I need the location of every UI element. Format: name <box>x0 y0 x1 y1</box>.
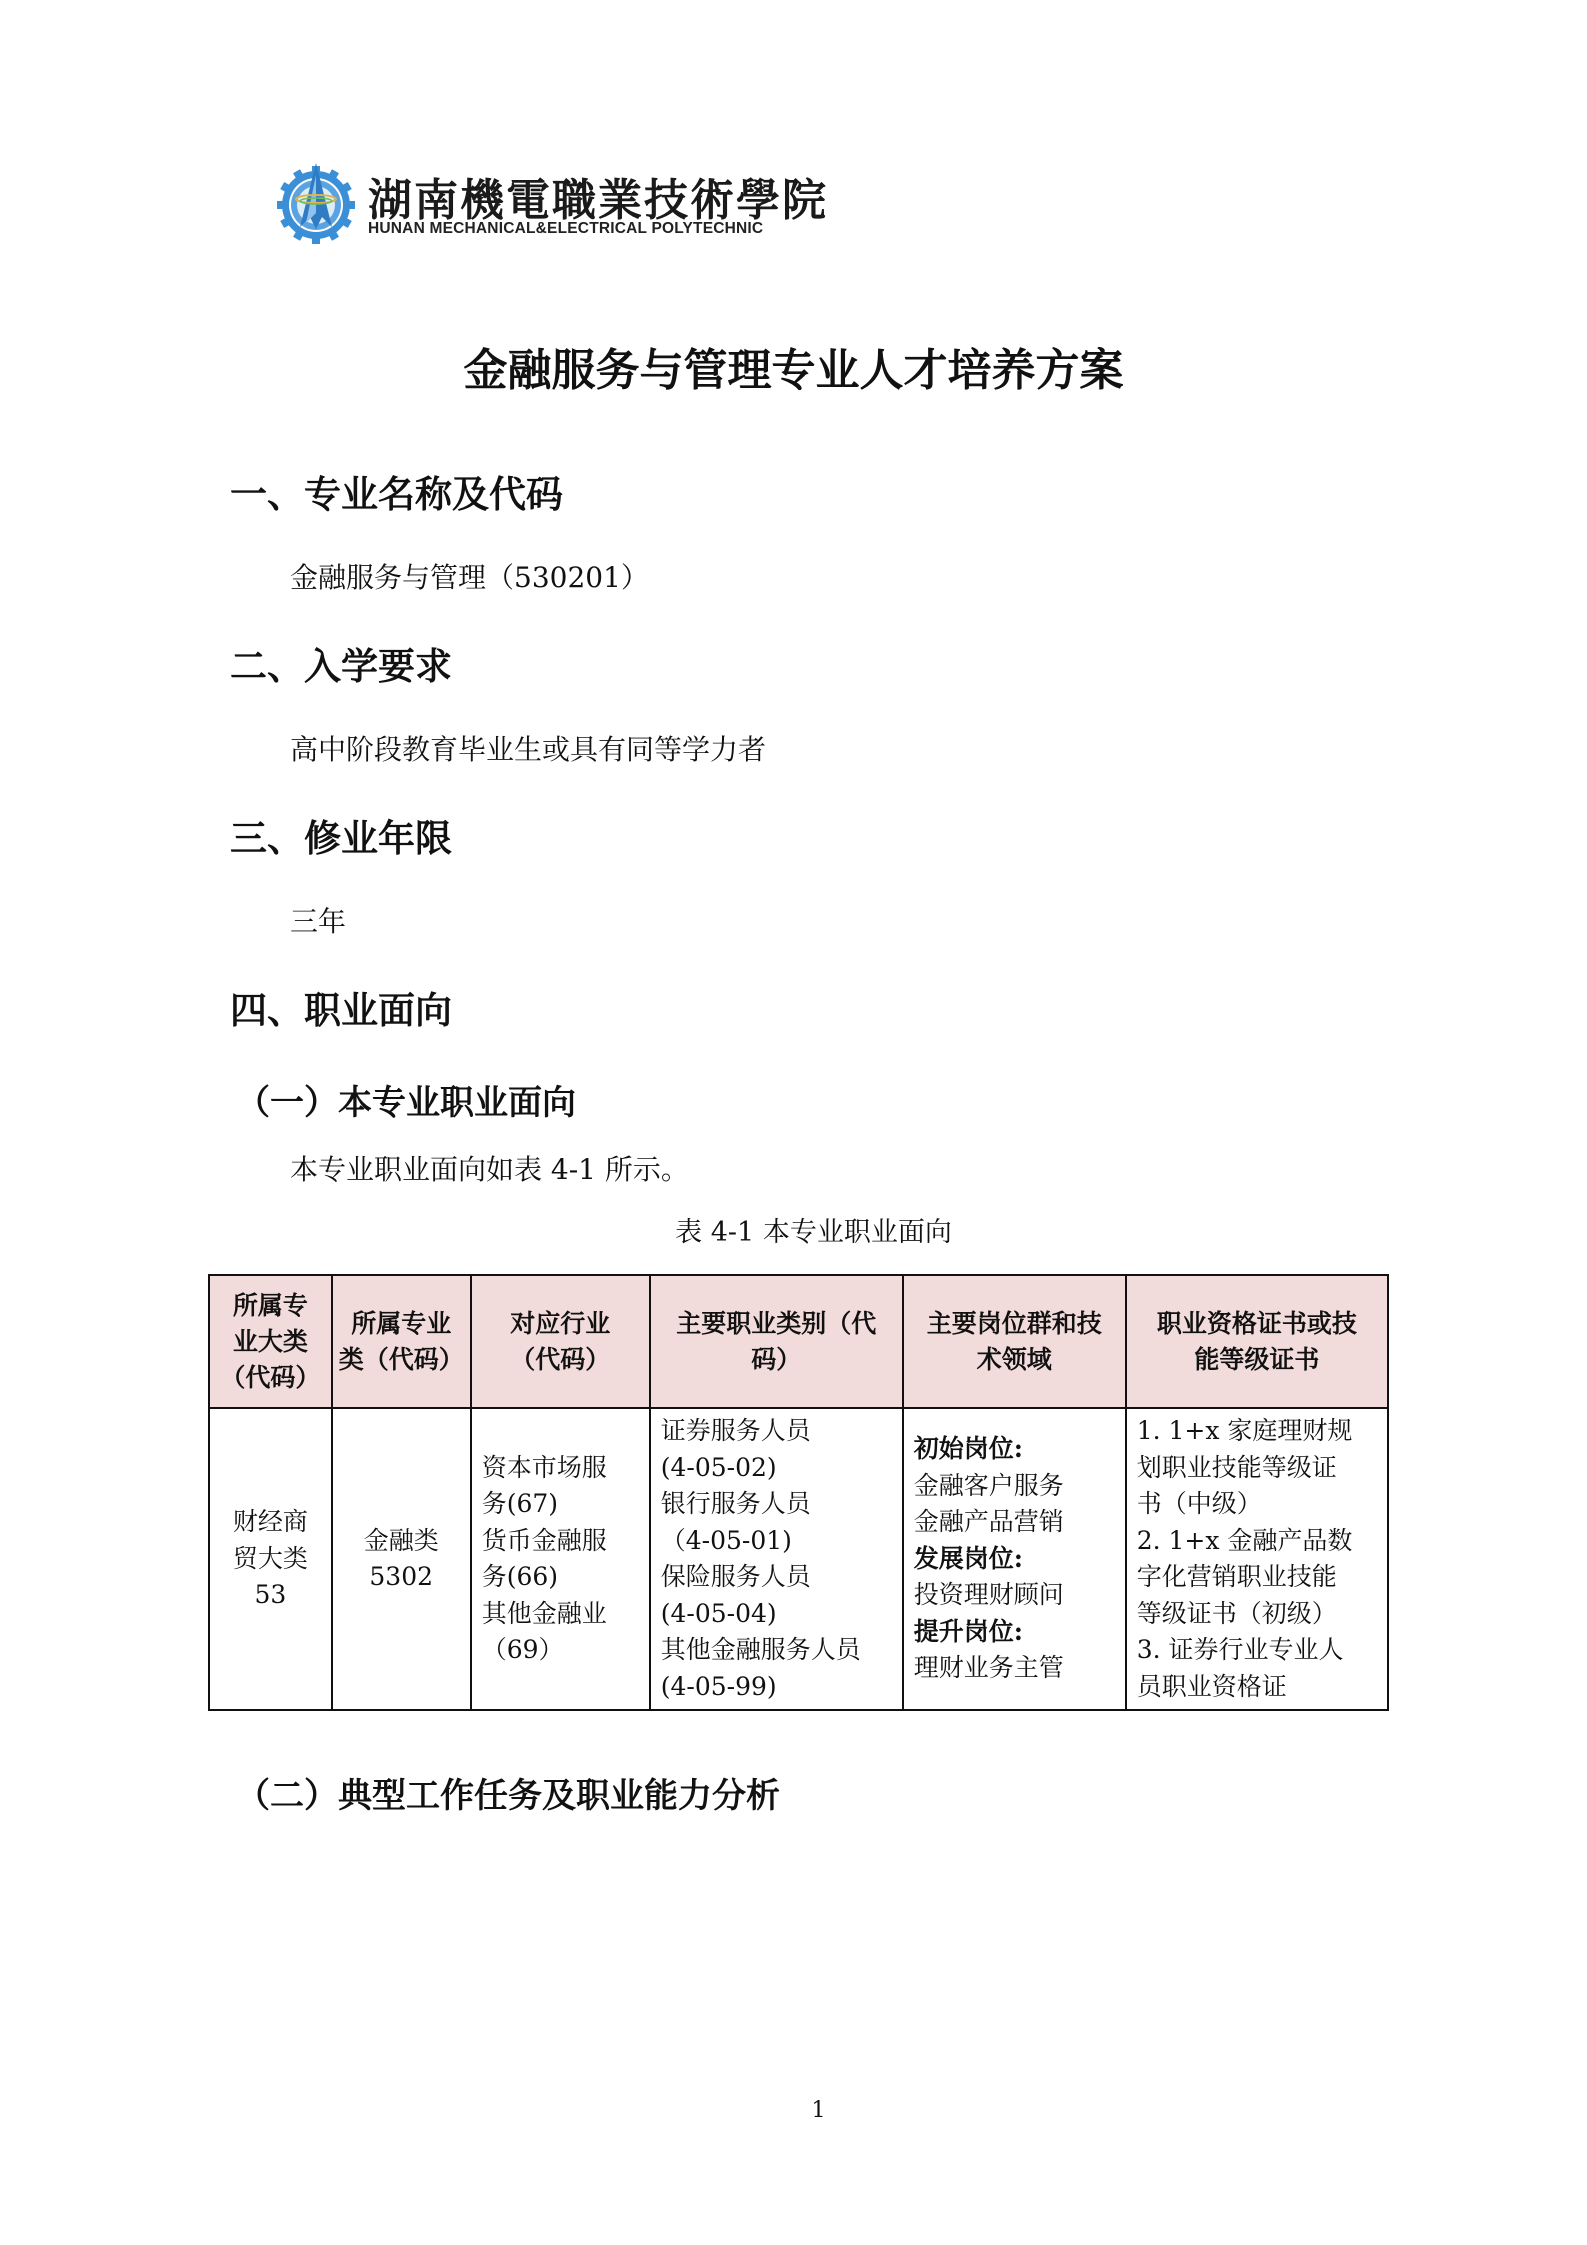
career-orientation-table: 所属专 业大类 （代码） 所属专业 类（代码） 对应行业 （代码） 主要职业类别… <box>208 1274 1389 1711</box>
school-name-chinese: 湖南機電職業技術學院 <box>368 164 828 228</box>
school-name-english: HUNAN MECHANICAL&ELECTRICAL POLYTECHNIC <box>368 220 763 238</box>
document-title: 金融服务与管理专业人才培养方案 <box>0 334 1587 398</box>
section-heading-admission: 二、入学要求 <box>230 636 452 690</box>
cell-major-class: 金融类 5302 <box>332 1408 471 1710</box>
section-heading-career: 四、职业面向 <box>230 980 452 1034</box>
subsection-heading-career-orientation: （一）本专业职业面向 <box>236 1075 576 1124</box>
header-major-class: 所属专业 类（代码） <box>332 1275 471 1408</box>
table-caption: 表 4-1 本专业职业面向 <box>0 1210 1587 1249</box>
school-logo: 湖南機電職業技術學院 HUNAN MECHANICAL&ELECTRICAL P… <box>276 158 796 244</box>
subsection-heading-task-analysis: （二）典型工作任务及职业能力分析 <box>236 1768 780 1817</box>
page-number: 1 <box>0 2098 1587 2123</box>
cell-occupation-category: 证券服务人员 (4-05-02) 银行服务人员 （4-05-01) 保险服务人员… <box>650 1408 903 1710</box>
cell-industry: 资本市场服 务(67) 货币金融服 务(66) 其他金融业 （69） <box>471 1408 650 1710</box>
header-job-group: 主要岗位群和技 术领域 <box>903 1275 1126 1408</box>
section-heading-major-name: 一、专业名称及代码 <box>230 464 563 518</box>
section-heading-duration: 三、修业年限 <box>230 808 452 862</box>
table-header-row: 所属专 业大类 （代码） 所属专业 类（代码） 对应行业 （代码） 主要职业类别… <box>209 1275 1388 1408</box>
header-occupation-category: 主要职业类别（代 码） <box>650 1275 903 1408</box>
header-industry: 对应行业 （代码） <box>471 1275 650 1408</box>
section-body-admission: 高中阶段教育毕业生或具有同等学力者 <box>290 728 766 768</box>
section-body-duration: 三年 <box>290 900 346 940</box>
cell-certificates: 1. 1+x 家庭理财规 划职业技能等级证 书（中级） 2. 1+x 金融产品数… <box>1126 1408 1388 1710</box>
section-body-major-name: 金融服务与管理（530201） <box>290 556 649 596</box>
subsection-body-career-orientation: 本专业职业面向如表 4-1 所示。 <box>290 1148 689 1188</box>
header-major-category: 所属专 业大类 （代码） <box>209 1275 332 1408</box>
table-row: 财经商 贸大类 53 金融类 5302 资本市场服 务(67) 货币金融服 务(… <box>209 1408 1388 1710</box>
cell-job-group: 初始岗位: 金融客户服务 金融产品营销 发展岗位: 投资理财顾问 提升岗位: 理… <box>903 1408 1126 1710</box>
header-certificates: 职业资格证书或技 能等级证书 <box>1126 1275 1388 1408</box>
school-emblem-icon <box>276 158 356 244</box>
cell-major-category: 财经商 贸大类 53 <box>209 1408 332 1710</box>
